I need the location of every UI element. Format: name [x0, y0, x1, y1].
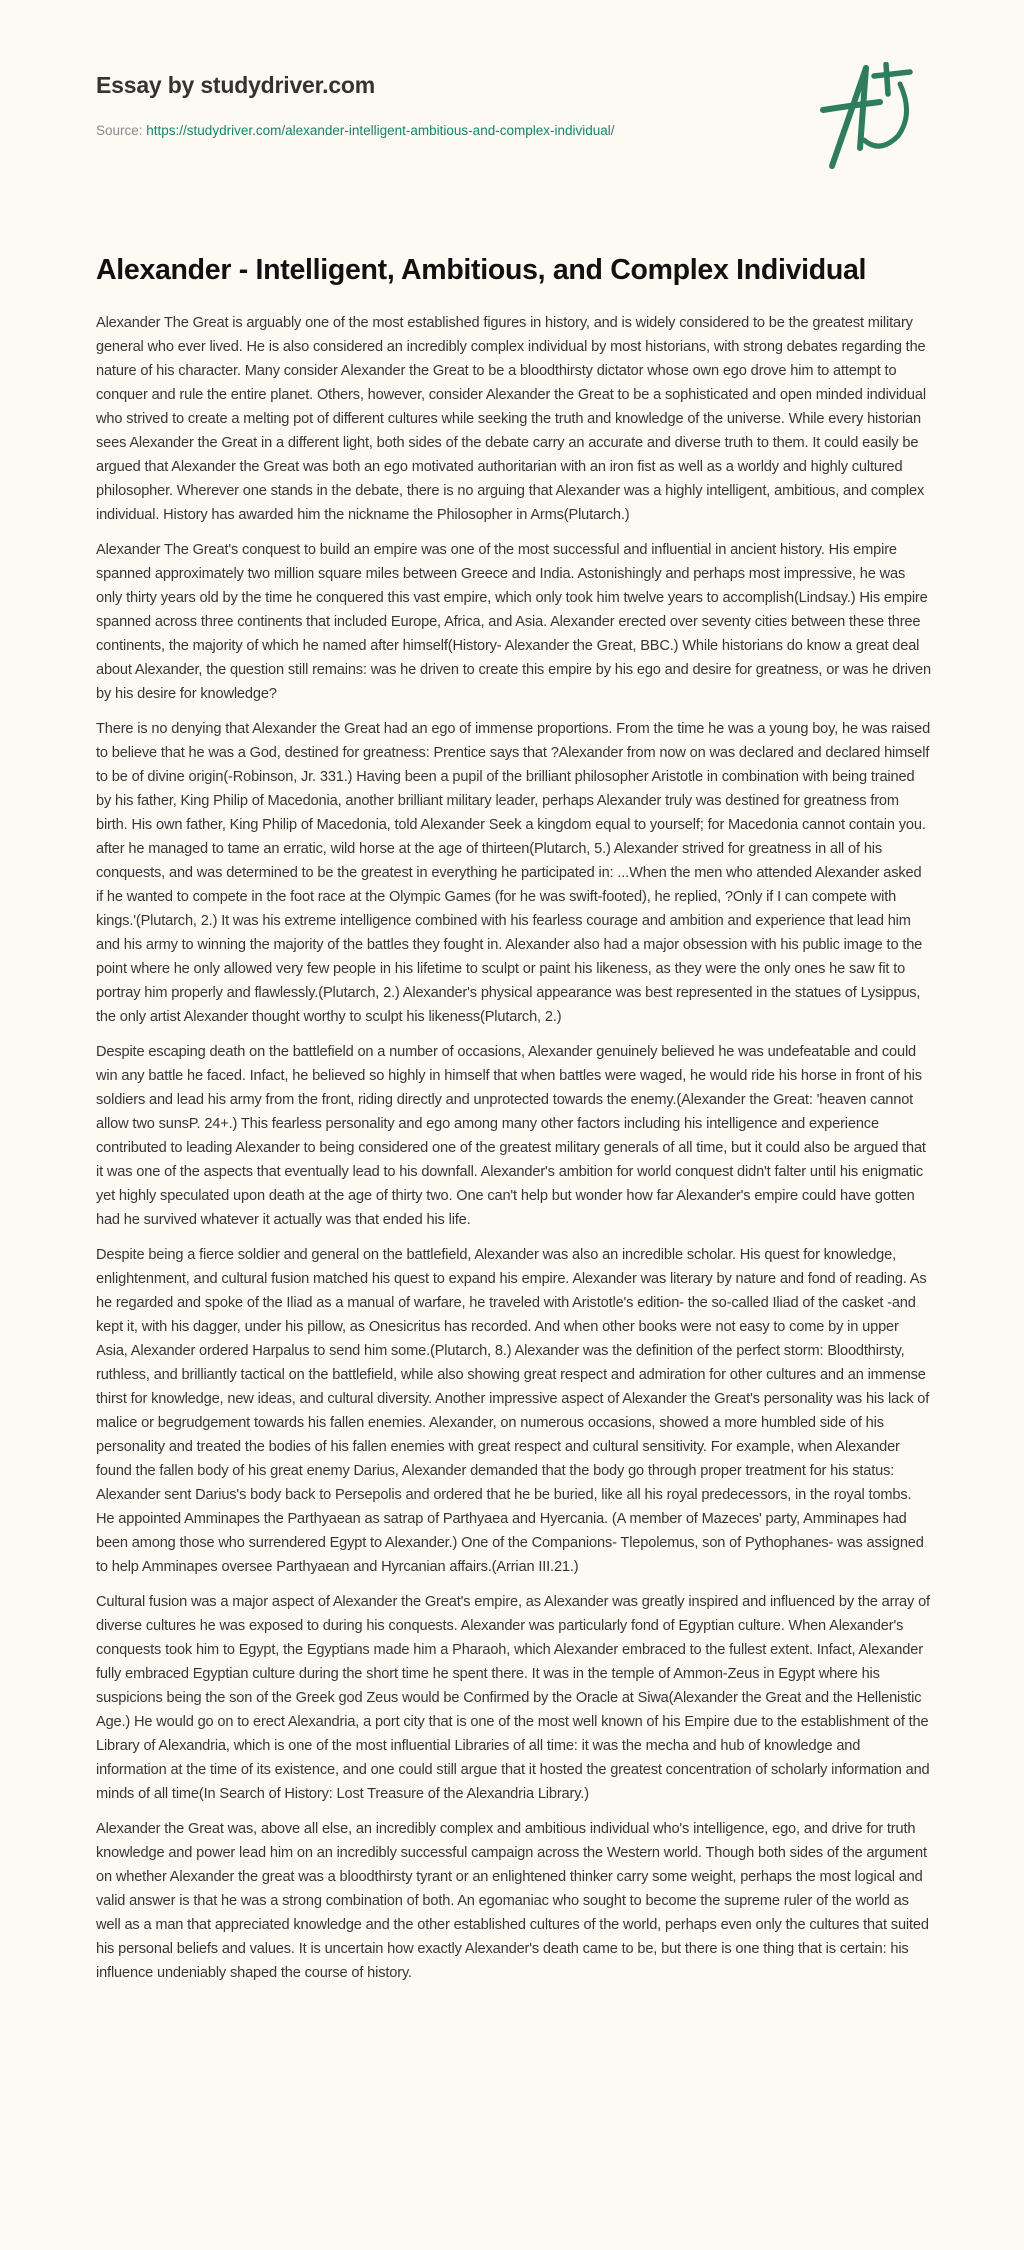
essay-paragraph: Alexander The Great's conquest to build … [96, 538, 932, 706]
essay-title: Alexander - Intelligent, Ambitious, and … [96, 254, 866, 287]
essay-body: Alexander The Great is arguably one of t… [96, 311, 932, 1996]
page-header: Essay by studydriver.com Source: https:/… [0, 0, 1024, 250]
source-line: Source: https://studydriver.com/alexande… [96, 123, 615, 138]
source-label: Source: [96, 123, 146, 138]
essay-paragraph: Despite being a fierce soldier and gener… [96, 1243, 932, 1579]
essay-paragraph: Alexander the Great was, above all else,… [96, 1817, 932, 1985]
essay-paragraph: Alexander The Great is arguably one of t… [96, 311, 932, 527]
essay-paragraph: There is no denying that Alexander the G… [96, 717, 932, 1029]
a-plus-grade-icon [818, 62, 948, 172]
brand-title: Essay by studydriver.com [96, 72, 375, 99]
source-link[interactable]: https://studydriver.com/alexander-intell… [146, 123, 614, 138]
essay-paragraph: Cultural fusion was a major aspect of Al… [96, 1590, 932, 1806]
essay-paragraph: Despite escaping death on the battlefiel… [96, 1040, 932, 1232]
